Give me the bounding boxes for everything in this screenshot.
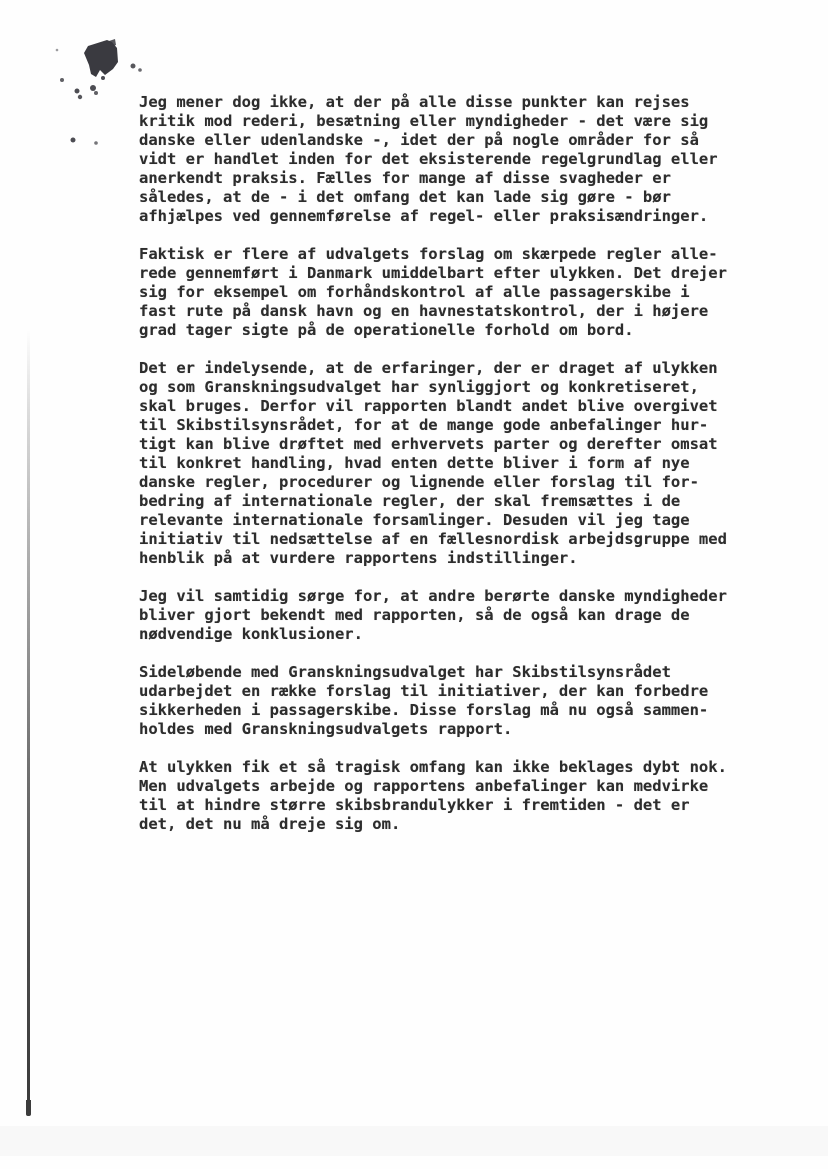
paragraph-3: Det er indelysende, at de erfaringer, de… bbox=[139, 359, 779, 568]
document-text: Jeg mener dog ikke, at der på alle disse… bbox=[139, 93, 779, 853]
scan-fold-line-end bbox=[26, 1100, 31, 1116]
scanned-document-page: Jeg mener dog ikke, at der på alle disse… bbox=[0, 0, 828, 1169]
scan-noise-band bbox=[0, 1126, 828, 1156]
paragraph-6: At ulykken fik et så tragisk omfang kan … bbox=[139, 758, 779, 834]
paragraph-1: Jeg mener dog ikke, at der på alle disse… bbox=[139, 93, 779, 226]
paragraph-4: Jeg vil samtidig sørge for, at andre ber… bbox=[139, 587, 779, 644]
paragraph-2: Faktisk er flere af udvalgets forslag om… bbox=[139, 245, 779, 340]
scan-fold-line bbox=[27, 330, 30, 1113]
paragraph-5: Sideløbende med Granskningsudvalget har … bbox=[139, 663, 779, 739]
